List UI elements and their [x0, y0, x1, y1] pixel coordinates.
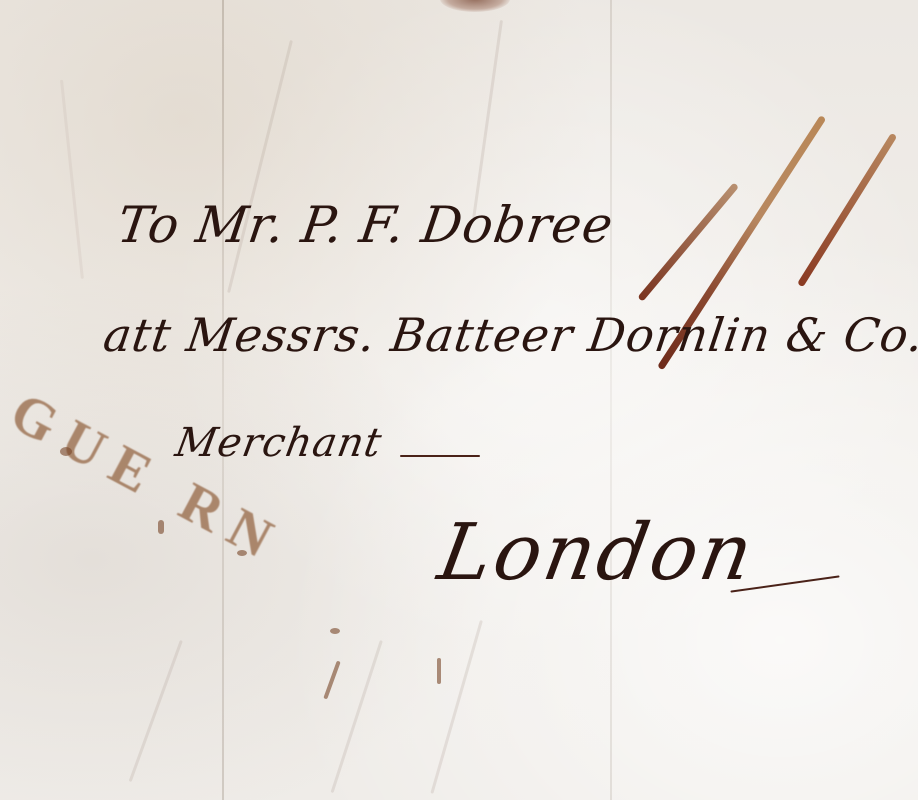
ink-speck: [330, 628, 340, 634]
address-line-city: London: [432, 508, 762, 598]
paper-stain: [60, 80, 84, 279]
postal-rate-stroke: [797, 133, 897, 288]
ink-speck: [60, 447, 72, 456]
address-line-recipient: To Mr. P. F. Dobree: [114, 196, 617, 254]
ink-speck: [437, 658, 441, 684]
address-line-occupation: Merchant: [172, 420, 386, 466]
postmark-text: GUE RN: [0, 381, 294, 577]
paper-stain: [472, 20, 503, 218]
underline-flourish: [400, 455, 480, 457]
ink-speck: [158, 520, 164, 534]
vertical-fold-line: [610, 0, 612, 800]
ink-speck: [237, 550, 247, 556]
paper-stain: [227, 40, 293, 293]
letter-cover: GUE RN To Mr. P. F. Dobree att Messrs. B…: [0, 0, 918, 800]
wax-seal-remnant: [440, 0, 510, 12]
paper-stain: [430, 620, 482, 794]
address-line-care-of: att Messrs. Batteer Dornlin & Co.: [100, 308, 918, 362]
postal-rate-stroke: [637, 182, 739, 301]
